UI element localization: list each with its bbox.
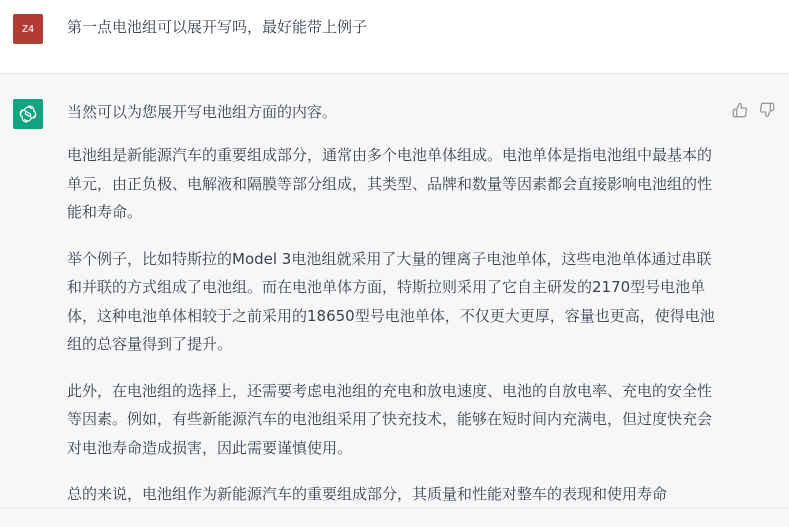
bottom-edge xyxy=(0,505,789,509)
assistant-message: 当然可以为您展开写电池组方面的内容。 电池组是新能源汽车的重要组成部分，通常由多… xyxy=(0,74,789,509)
thumbs-down-icon xyxy=(759,102,775,118)
assistant-message-content: 当然可以为您展开写电池组方面的内容。 电池组是新能源汽车的重要组成部分，通常由多… xyxy=(67,100,715,509)
assistant-avatar xyxy=(13,99,43,129)
thumbs-down-button[interactable] xyxy=(757,100,777,120)
user-message-text: 第一点电池组可以展开写吗，最好能带上例子 xyxy=(67,15,367,39)
user-avatar-label: Z4 xyxy=(22,24,34,35)
openai-logo-icon xyxy=(18,104,38,124)
paragraph-tesla-example: 举个例子，比如特斯拉的Model 3电池组就采用了大量的锂离子电池单体，这些电池… xyxy=(67,245,715,359)
paragraph-charging-considerations: 此外，在电池组的选择上，还需要考虑电池组的充电和放电速度、电池的自放电率、充电的… xyxy=(67,377,715,463)
thumbs-up-icon xyxy=(732,102,748,118)
paragraph-battery-pack-definition: 电池组是新能源汽车的重要组成部分，通常由多个电池单体组成。电池单体是指电池组中最… xyxy=(67,141,715,227)
user-message: Z4 第一点电池组可以展开写吗，最好能带上例子 xyxy=(0,0,789,74)
thumbs-up-button[interactable] xyxy=(730,100,750,120)
user-avatar: Z4 xyxy=(13,14,43,44)
paragraph-intro: 当然可以为您展开写电池组方面的内容。 xyxy=(67,100,715,124)
